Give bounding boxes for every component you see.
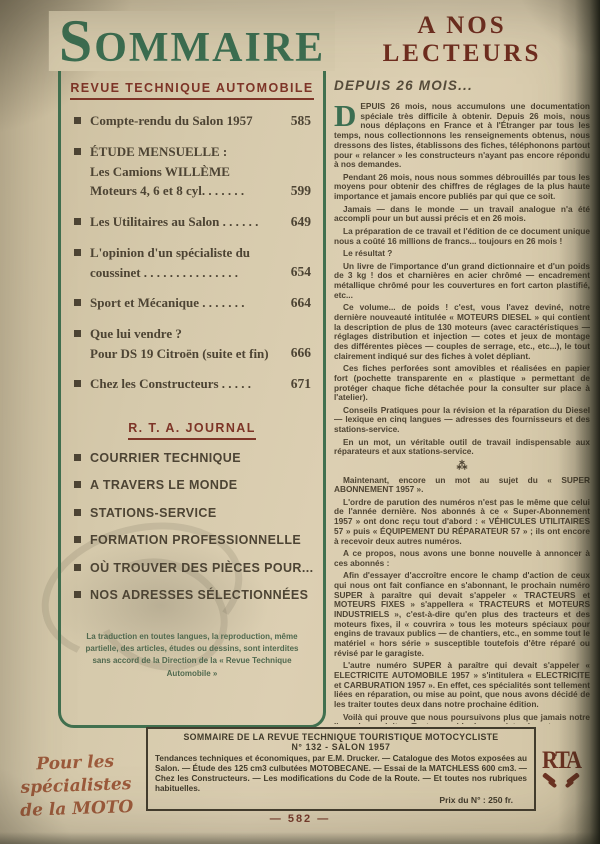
bullet-square-icon [74,509,81,516]
toc-entry-title: Chez les Constructeurs . . . . . [90,374,285,394]
page-number: — 582 — [0,813,600,825]
toc-entry-title: Les Camions WILLÈME [90,162,285,182]
toc-item: Les Utilitaires au Salon . . . . . . 649 [74,212,311,232]
toc-item: ÉTUDE MENSUELLE : Les Camions WILLÈME Mo… [74,142,311,201]
journal-item-label: NOS ADRESSES SÉLECTIONNÉES [90,587,308,605]
article-paragraph: L'autre numéro SUPER à paraître qui deva… [334,661,590,710]
journal-list: COURRIER TECHNIQUE A TRAVERS LE MONDE ST… [61,450,323,605]
toc-item: Chez les Constructeurs . . . . . 671 [74,374,311,394]
sommaire-title: SOMMAIRE [49,11,335,71]
toc-entry-title: ÉTUDE MENSUELLE : [90,142,285,162]
journal-item-label: STATIONS-SERVICE [90,505,217,523]
toc-page-number: 664 [291,293,311,313]
toc-item: L'opinion d'un spécialiste du coussinet … [74,243,311,282]
bullet-square-icon [74,117,81,124]
bullet-square-icon [74,481,81,488]
sommaire-box: SOMMAIRE REVUE TECHNIQUE AUTOMOBILE Comp… [58,42,326,728]
article-paragraph: Maintenant, encore un mot au sujet du « … [334,476,590,495]
journal-item: NOS ADRESSES SÉLECTIONNÉES [74,587,315,605]
journal-heading: R. T. A. JOURNAL [128,421,256,440]
article-paragraph: Ce volume... de poids ! c'est, vous l'av… [334,303,590,361]
journal-item: FORMATION PROFESSIONNELLE [74,532,315,550]
article-paragraph: En un mot, un véritable outil de travail… [334,438,590,457]
article-paragraph: Jamais — dans le monde — un travail anal… [334,205,590,224]
journal-heading-wrap: R. T. A. JOURNAL [61,419,323,440]
toc-item: Sport et Mécanique . . . . . . . 664 [74,293,311,313]
journal-item-label: OÙ TROUVER DES PIÈCES POUR... [90,560,313,578]
article-paragraph: Pendant 26 mois, nous nous sommes débrou… [334,173,590,202]
rtm-box-issue: N° 132 - SALON 1957 [155,742,527,752]
toc-page-number: 671 [291,374,311,394]
section-heading-rta: REVUE TECHNIQUE AUTOMOBILE [70,81,313,100]
copyright-note: La traduction en toutes langues, la repr… [77,631,307,681]
journal-item: STATIONS-SERVICE [74,505,315,523]
journal-item: COURRIER TECHNIQUE [74,450,315,468]
toc-item: Que lui vendre ? Pour DS 19 Citroën (sui… [74,324,311,363]
toc-entry-title: L'opinion d'un spécialiste du [90,243,285,263]
drop-cap: D [334,103,356,128]
toc-page-number: 649 [291,212,311,232]
toc-entry-title: Compte-rendu du Salon 1957 [90,111,285,131]
bullet-square-icon [74,454,81,461]
rtm-box-title: SOMMAIRE DE LA REVUE TECHNIQUE TOURISTIQ… [155,732,527,742]
rtm-sommaire-box: SOMMAIRE DE LA REVUE TECHNIQUE TOURISTIQ… [146,727,536,811]
article-paragraph: Ces fiches perforées sont amovibles et r… [334,364,590,403]
toc-entry-title: Pour DS 19 Citroën (suite et fin) [90,344,285,364]
article-paragraph: Conseils Pratiques pour la révision et l… [334,406,590,435]
rtm-box-price: Prix du N° : 250 fr. [155,795,527,805]
section-heading-wrap: REVUE TECHNIQUE AUTOMOBILE [61,79,323,100]
article-paragraph: L'ordre de parution des numéros n'est pa… [334,498,590,547]
toc-page-number: 599 [291,181,311,201]
toc-item: Compte-rendu du Salon 1957 585 [74,111,311,131]
bullet-square-icon [74,249,81,256]
lecteurs-article: DEPUIS 26 mois, nous accumulons une docu… [334,102,590,724]
article-paragraph: Le résultat ? [334,249,590,259]
article-paragraph: Un livre de l'importance d'un grand dict… [334,262,590,301]
toc-entry-title: Moteurs 4, 6 et 8 cyl. . . . . . . [90,181,285,201]
lecteurs-title: A NOS LECTEURS [334,12,590,67]
article-text: EPUIS 26 mois, nous accumulons une docum… [334,101,590,169]
journal-item: OÙ TROUVER DES PIÈCES POUR... [74,560,315,578]
toc-entry-title: Que lui vendre ? [90,324,285,344]
bullet-square-icon [74,564,81,571]
article-paragraph: La préparation de ce travail et l'éditio… [334,227,590,246]
rta-logo: RTA [534,750,588,798]
bottom-edge-shadow [0,832,600,844]
toc-entry-title: Les Utilitaires au Salon . . . . . . [90,212,285,232]
article-paragraph: Afin d'essayer d'accroître encore le cha… [334,571,590,658]
toc-entry-title: coussinet . . . . . . . . . . . . . . . [90,263,285,283]
bullet-square-icon [74,591,81,598]
journal-item-label: FORMATION PROFESSIONNELLE [90,532,301,550]
asterism-ornament-icon: ⁂ [334,460,590,473]
bullet-square-icon [74,380,81,387]
bullet-square-icon [74,299,81,306]
journal-item-label: A TRAVERS LE MONDE [90,477,237,495]
bullet-square-icon [74,536,81,543]
article-paragraph: DEPUIS 26 mois, nous accumulons une docu… [334,102,590,170]
article-paragraph: Voilà qui prouve que nous poursuivons pl… [334,713,590,724]
toc-page-number: 666 [291,343,311,363]
toc-page-number: 654 [291,262,311,282]
bullet-square-icon [74,148,81,155]
journal-item-label: COURRIER TECHNIQUE [90,450,241,468]
lecteurs-subtitle: DEPUIS 26 MOIS... [334,78,590,93]
lecteurs-column: A NOS LECTEURS DEPUIS 26 MOIS... DEPUIS … [334,12,590,724]
journal-item: A TRAVERS LE MONDE [74,477,315,495]
bullet-square-icon [74,330,81,337]
rtm-box-body: Tendances techniques et économiques, par… [155,754,527,794]
logo-wing-icon [548,780,558,789]
toc-entry-title: Sport et Mécanique . . . . . . . [90,293,285,313]
table-of-contents: Compte-rendu du Salon 1957 585 ÉTUDE MEN… [61,111,323,395]
article-paragraph: A ce propos, nous avons une bonne nouvel… [334,549,590,568]
rta-logo-letters: RTA [534,749,588,772]
toc-page-number: 585 [291,111,311,131]
bullet-square-icon [74,218,81,225]
